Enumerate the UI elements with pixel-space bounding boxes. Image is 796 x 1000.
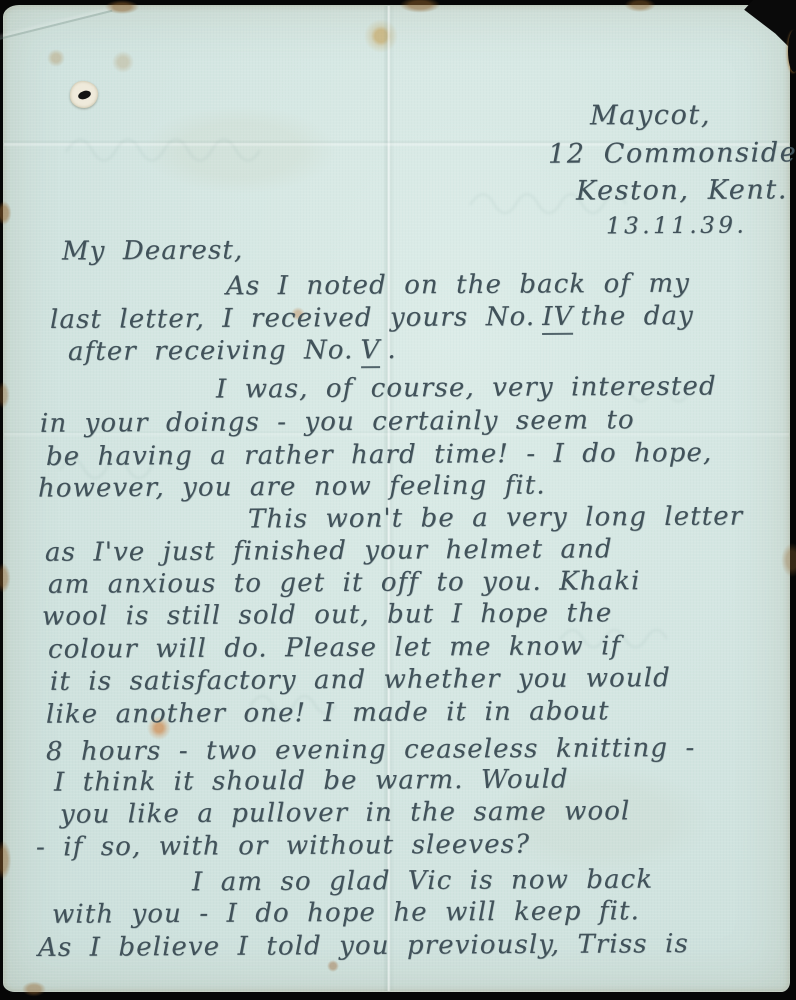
handwritten-line: I was, of course, very interested [216,371,717,404]
handwritten-line: you like a pullover in the same wool [60,796,631,829]
torn-edge-notch [788,30,796,72]
handwritten-line: As I believe I told you previously, Tris… [38,929,689,963]
handwritten-line: in your doings - you certainly seem to [40,405,635,439]
handwritten-line: as I've just finished your helmet and [45,534,613,567]
hole-center [77,89,92,101]
punched-hole [70,81,98,108]
line-text: . [387,335,397,365]
handwritten-line: last letter, I received yours No.IVthe d… [50,301,694,335]
underlined-numeral: IV [542,302,573,335]
underlined-numeral: V [360,335,380,368]
handwritten-line: I think it should be warm. Would [54,764,569,797]
handwritten-line: be having a rather hard time! - I do hop… [46,438,712,472]
handwritten-line: 8 hours - two evening ceaseless knitting… [46,733,696,767]
handwritten-line: wool is still sold out, but I hope the [42,598,613,631]
handwritten-line: I am so glad Vic is now back [192,865,653,898]
handwritten-line: it is satisfactory and whether you would [50,663,671,697]
line-text: the day [580,301,694,332]
handwritten-line: - if so, with or without sleeves? [36,829,530,862]
line-text: last letter, I received yours No. [50,302,535,335]
address-line: Maycot, [590,100,711,132]
handwritten-line: am anxious to get it off to you. Khaki [48,566,641,600]
line-text: after receiving No. [68,335,354,367]
handwritten-line: however, you are now feeling fit. [38,470,546,503]
address-line: 12 Commonside, [548,137,796,170]
address-line: Keston, Kent. [576,174,788,206]
handwritten-line: This won't be a very long letter [248,501,743,534]
handwritten-line: after receiving No.V. [68,335,397,367]
salutation: My Dearest, [62,235,243,266]
handwritten-line: As I noted on the back of my [226,269,690,302]
scanned-letter-page: Maycot, 12 Commonside, Keston, Kent. 13.… [0,0,796,1000]
handwritten-line: colour will do. Please let me know if [48,631,621,665]
date-line: 13.11.39. [606,213,747,240]
handwritten-line: like another one! I made it in about [46,696,610,729]
handwritten-line: with you - I do hope he will keep fit. [52,896,640,930]
